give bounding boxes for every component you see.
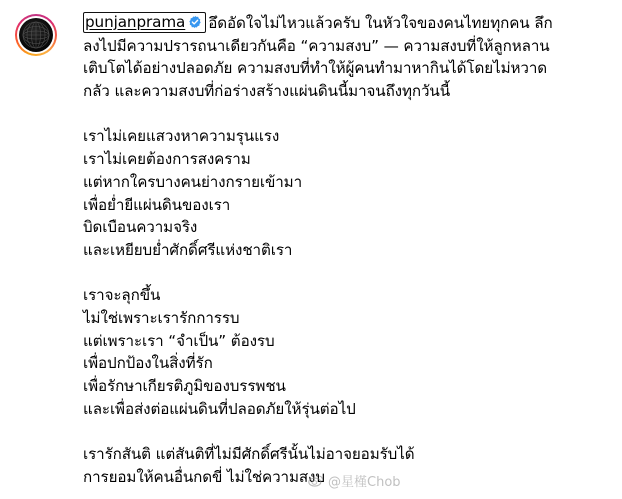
caption-line: แต่หากใครบางคนย่างกรายเข้ามา bbox=[83, 171, 618, 194]
caption-line: เพื่อปกป้องในสิ่งที่รัก bbox=[83, 352, 618, 375]
caption-line: กลัว และความสงบที่ก่อร่างสร้างแผ่นดินนี้… bbox=[83, 80, 618, 103]
weibo-icon bbox=[308, 474, 324, 487]
caption-line: ไม่ใช่เพราะเรารักการรบ bbox=[83, 307, 618, 330]
caption-line: และเหยียบย่ำศักดิ์ศรีแห่งชาติเรา bbox=[83, 239, 618, 262]
caption-line: แต่เพราะเรา “จำเป็น” ต้องรบ bbox=[83, 330, 618, 353]
paragraph-spacer bbox=[83, 103, 618, 126]
avatar[interactable] bbox=[19, 18, 53, 52]
username: punjanprama bbox=[85, 13, 185, 31]
caption-line: เพื่อรักษาเกียรติภูมิของบรรพชน bbox=[83, 375, 618, 398]
caption-line: บิดเบือนความจริง bbox=[83, 216, 618, 239]
post-caption: punjanpramaอึดอัดใจไม่ไหวแล้วครับ ในหัวใ… bbox=[83, 12, 618, 488]
caption-line: เติบโตได้อย่างปลอดภัย ความสงบที่ทำให้ผู้… bbox=[83, 57, 618, 80]
caption-line: ลงไปมีความปรารถนาเดียวกันคือ “ความสงบ” —… bbox=[83, 35, 618, 58]
globe-wireframe-icon bbox=[19, 18, 53, 52]
watermark-text: @星槿Chob bbox=[328, 471, 401, 490]
paragraph-spacer bbox=[83, 420, 618, 443]
caption-line: เรารักสันติ แต่สันติที่ไม่มีศักดิ์ศรีนั้… bbox=[83, 443, 618, 466]
caption-line: และเพื่อส่งต่อแผ่นดินที่ปลอดภัยให้รุ่นต่… bbox=[83, 398, 618, 421]
caption-line: punjanpramaอึดอัดใจไม่ไหวแล้วครับ ในหัวใ… bbox=[83, 12, 618, 35]
verified-badge-icon bbox=[188, 15, 202, 29]
caption-line: เราไม่เคยต้องการสงคราม bbox=[83, 148, 618, 171]
avatar-border bbox=[17, 16, 55, 54]
caption-line: เพื่อย่ำยีแผ่นดินของเรา bbox=[83, 194, 618, 217]
watermark: @星槿Chob bbox=[308, 471, 401, 490]
caption-text: อึดอัดใจไม่ไหวแล้วครับ ในหัวใจของคนไทยทุ… bbox=[208, 14, 552, 32]
paragraph-spacer bbox=[83, 262, 618, 285]
caption-line: เราไม่เคยแสวงหาความรุนแรง bbox=[83, 125, 618, 148]
caption-line: เราจะลุกขึ้น bbox=[83, 284, 618, 307]
story-ring[interactable] bbox=[15, 14, 57, 56]
username-link[interactable]: punjanprama bbox=[83, 12, 206, 33]
